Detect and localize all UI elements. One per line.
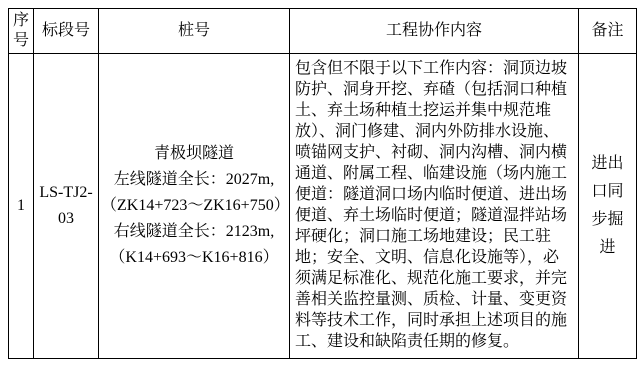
table-body: 1 LS-TJ2-03 青极坝隧道 左线隧道全长：2027m, （ZK14+72… [9, 54, 637, 359]
cooperation-table: 序号 标段号 桩号 工程协作内容 备注 1 LS-TJ2-03 青极坝隧道 左线… [8, 8, 637, 359]
header-row: 序号 标段号 桩号 工程协作内容 备注 [9, 9, 637, 54]
table-header: 序号 标段号 桩号 工程协作内容 备注 [9, 9, 637, 54]
stake-tunnel-name: 青极坝隧道 [101, 141, 287, 167]
cell-cooperation-content: 包含但不限于以下工作内容：洞顶边坡防护、洞身开挖、弃碴（包括洞口种植土、弃土场种… [290, 54, 579, 359]
stake-left-line-length: 左线隧道全长：2027m, [101, 167, 287, 193]
document-page: 序号 标段号 桩号 工程协作内容 备注 1 LS-TJ2-03 青极坝隧道 左线… [8, 8, 637, 359]
column-header-section-no: 标段号 [34, 9, 99, 54]
cell-remark: 进出口同步掘进 [579, 54, 637, 359]
column-header-serial-no: 序号 [9, 9, 34, 54]
stake-left-line-range: （ZK14+723～ZK16+750） [101, 193, 287, 219]
cell-stake-no: 青极坝隧道 左线隧道全长：2027m, （ZK14+723～ZK16+750） … [99, 54, 290, 359]
table-row: 1 LS-TJ2-03 青极坝隧道 左线隧道全长：2027m, （ZK14+72… [9, 54, 637, 359]
column-header-remark: 备注 [579, 9, 637, 54]
column-header-stake-no: 桩号 [99, 9, 290, 54]
cell-serial-no: 1 [9, 54, 34, 359]
stake-right-line-length: 右线隧道全长：2123m, [101, 219, 287, 245]
column-header-cooperation-content: 工程协作内容 [290, 9, 579, 54]
cell-section-no: LS-TJ2-03 [34, 54, 99, 359]
stake-right-line-range: （K14+693～K16+816） [101, 245, 287, 271]
